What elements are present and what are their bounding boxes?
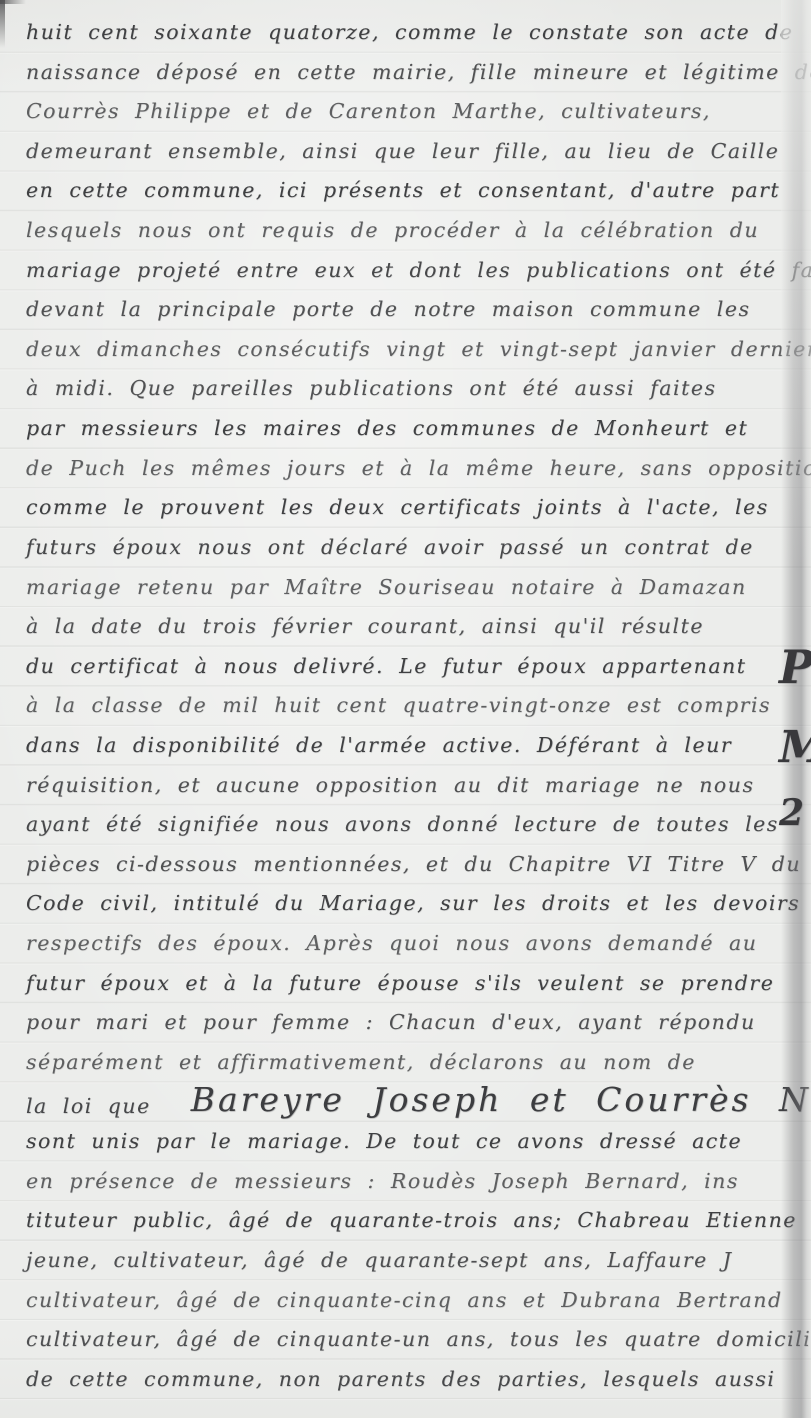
handwritten-text: sont unis par le mariage. De tout ce avo… (26, 1129, 742, 1153)
text-line: cultivateur, âgé de cinquante-cinq ans e… (26, 1281, 811, 1321)
text-line: futurs époux nous ont déclaré avoir pass… (26, 528, 811, 568)
text-line: Code civil, intitulé du Mariage, sur les… (26, 884, 811, 924)
handwritten-text: de Puch les mêmes jours et à la même heu… (26, 456, 811, 480)
handwritten-text: Code civil, intitulé du Mariage, sur les… (26, 891, 800, 915)
handwritten-text: dans la disponibilité de l'armée active.… (26, 733, 732, 757)
text-line: sont unis par le mariage. De tout ce avo… (26, 1122, 811, 1162)
text-line: en cette commune, ici présents et consen… (26, 171, 811, 211)
text-line: jeune, cultivateur, âgé de quarante-sept… (26, 1241, 811, 1281)
handwritten-text: de cette commune, non parents des partie… (26, 1367, 776, 1391)
text-line: réquisition, et aucune opposition au dit… (26, 766, 811, 806)
handwritten-text: mariage projeté entre eux et dont les pu… (26, 258, 811, 282)
handwritten-text: à la date du trois février courant, ains… (26, 614, 704, 638)
margin-ink-mark: 2 (779, 792, 804, 834)
text-line: respectifs des époux. Après quoi nous av… (26, 924, 811, 964)
handwritten-text: comme le prouvent les deux certificats j… (26, 495, 769, 519)
handwritten-text: la loi que (26, 1094, 151, 1118)
text-line: huit cent soixante quatorze, comme le co… (26, 13, 811, 53)
handwritten-text: cultivateur, âgé de cinquante-un ans, to… (26, 1327, 811, 1351)
text-line: ayant été signifiée nous avons donné lec… (26, 805, 811, 845)
text-line: à la classe de mil huit cent quatre-ving… (26, 686, 811, 726)
handwritten-text: en présence de messieurs : Roudès Joseph… (26, 1169, 739, 1193)
handwritten-text: mariage retenu par Maître Souriseau nota… (26, 575, 747, 599)
text-line: de Puch les mêmes jours et à la même heu… (26, 449, 811, 489)
text-line: comme le prouvent les deux certificats j… (26, 488, 811, 528)
text-line: pour mari et pour femme : Chacun d'eux, … (26, 1003, 811, 1043)
handwritten-text: pièces ci-dessous mentionnées, et du Cha… (26, 852, 801, 876)
text-line: par messieurs les maires des communes de… (26, 409, 811, 449)
handwritten-text: tituteur public, âgé de quarante-trois a… (26, 1208, 797, 1232)
handwritten-text: du certificat à nous delivré. Le futur é… (26, 654, 747, 678)
text-lines: huit cent soixante quatorze, comme le co… (26, 13, 811, 1399)
text-line: devant la principale porte de notre mais… (26, 290, 811, 330)
handwritten-text: futur époux et à la future épouse s'ils … (26, 971, 774, 995)
margin-ink-mark: P (779, 640, 811, 694)
text-line: la loi queBareyre Joseph et Courrès Noé (26, 1082, 811, 1122)
text-line: deux dimanches consécutifs vingt et ving… (26, 330, 811, 370)
handwritten-text: jeune, cultivateur, âgé de quarante-sept… (26, 1248, 733, 1272)
handwritten-text: pour mari et pour femme : Chacun d'eux, … (26, 1010, 756, 1034)
text-line: futur époux et à la future épouse s'ils … (26, 964, 811, 1004)
text-line: lesquels nous ont requis de procéder à l… (26, 211, 811, 251)
handwritten-text: lesquels nous ont requis de procéder à l… (26, 218, 759, 242)
text-line: tituteur public, âgé de quarante-trois a… (26, 1201, 811, 1241)
handwritten-text: deux dimanches consécutifs vingt et ving… (26, 337, 811, 361)
handwritten-text: par messieurs les maires des communes de… (26, 416, 748, 440)
scan-corner-artifact (0, 0, 5, 48)
margin-ink-mark: Ma (779, 722, 811, 773)
handwritten-text: à la classe de mil huit cent quatre-ving… (26, 693, 771, 717)
text-line: en présence de messieurs : Roudès Joseph… (26, 1162, 811, 1202)
text-line: demeurant ensemble, ainsi que leur fille… (26, 132, 811, 172)
handwritten-text: réquisition, et aucune opposition au dit… (26, 773, 754, 797)
handwritten-text: naissance déposé en cette mairie, fille … (26, 60, 811, 84)
handwritten-text: cultivateur, âgé de cinquante-cinq ans e… (26, 1288, 783, 1312)
text-line: pièces ci-dessous mentionnées, et du Cha… (26, 845, 811, 885)
register-page-scan: huit cent soixante quatorze, comme le co… (0, 0, 811, 1418)
handwritten-text: devant la principale porte de notre mais… (26, 297, 751, 321)
handwritten-text: en cette commune, ici présents et consen… (26, 178, 780, 202)
text-line: cultivateur, âgé de cinquante-un ans, to… (26, 1320, 811, 1360)
text-line: mariage retenu par Maître Souriseau nota… (26, 568, 811, 608)
text-line: de cette commune, non parents des partie… (26, 1360, 811, 1400)
text-line: à midi. Que pareilles publications ont é… (26, 369, 811, 409)
scan-corner-artifact (0, 0, 26, 4)
handwritten-text: futurs époux nous ont déclaré avoir pass… (26, 535, 754, 559)
text-line: du certificat à nous delivré. Le futur é… (26, 647, 811, 687)
handwritten-text: Courrès Philippe et de Carenton Marthe, … (26, 99, 711, 123)
handwritten-text: séparément et affirmativement, déclarons… (26, 1050, 696, 1074)
text-line: dans la disponibilité de l'armée active.… (26, 726, 811, 766)
text-line: mariage projeté entre eux et dont les pu… (26, 251, 811, 291)
handwritten-text: ayant été signifiée nous avons donné lec… (26, 812, 779, 836)
handwritten-text: huit cent soixante quatorze, comme le co… (26, 20, 793, 44)
handwritten-text: demeurant ensemble, ainsi que leur fille… (26, 139, 779, 163)
text-line: à la date du trois février courant, ains… (26, 607, 811, 647)
handwritten-text: respectifs des époux. Après quoi nous av… (26, 931, 757, 955)
binding-fold-shadow (781, 0, 811, 1418)
text-line: Courrès Philippe et de Carenton Marthe, … (26, 92, 811, 132)
handwritten-text: à midi. Que pareilles publications ont é… (26, 376, 716, 400)
text-line: naissance déposé en cette mairie, fille … (26, 53, 811, 93)
text-line: séparément et affirmativement, déclarons… (26, 1043, 811, 1083)
spouse-names-text: Bareyre Joseph et Courrès Noé (191, 1080, 811, 1119)
